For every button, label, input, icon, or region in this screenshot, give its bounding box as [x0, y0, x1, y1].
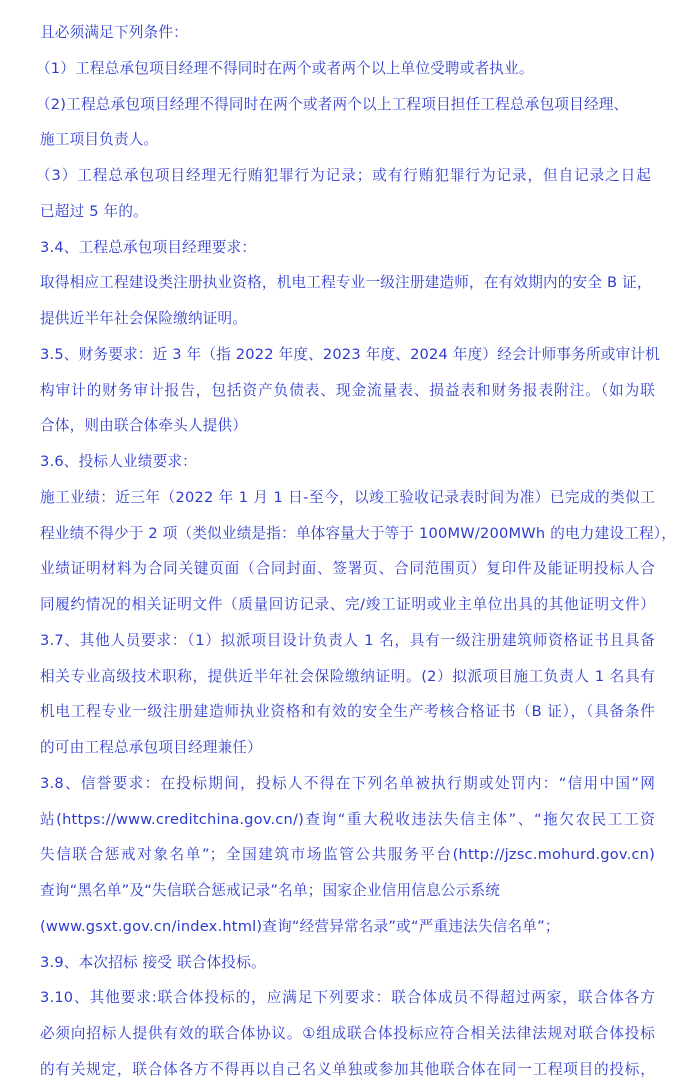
paragraph-line: （1）工程总承包项目经理不得同时在两个或者两个以上单位受聘或者执业。: [36, 54, 660, 90]
paragraph-line: 站(https://www.creditchina.gov.cn/)查询“重大税…: [40, 805, 655, 841]
section-heading-3-9: 3.9、本次招标 接受 联合体投标。: [40, 948, 660, 984]
section-heading-3-10: 3.10、其他要求:联合体投标的，应满足下列要求：联合体成员不得超过两家，联合体…: [40, 983, 655, 1019]
section-heading-3-4: 3.4、工程总承包项目经理要求：: [40, 233, 660, 269]
paragraph-line: 必须向招标人提供有效的联合体协议。①组成联合体投标应符合相关法律法规对联合体投标: [40, 1019, 655, 1055]
paragraph-line: 构审计的财务审计报告，包括资产负债表、现金流量表、损益表和财务报表附注。（如为联: [40, 376, 655, 412]
section-heading-3-8: 3.8、信誉要求：在投标期间，投标人不得在下列名单被执行期或处罚内：“信用中国”…: [40, 769, 655, 805]
paragraph-line: (www.gsxt.gov.cn/index.html)查询“经营异常名录”或“…: [40, 912, 660, 948]
section-heading-3-5: 3.5、财务要求：近 3 年（指 2022 年度、2023 年度、2024 年度…: [40, 340, 655, 376]
paragraph-line: 业绩证明材料为合同关键页面（合同封面、签署页、合同范围页）复印件及能证明投标人合: [40, 554, 655, 590]
paragraph-line: 施工项目负责人。: [40, 125, 660, 161]
document-body: 且必须满足下列条件： （1）工程总承包项目经理不得同时在两个或者两个以上单位受聘…: [40, 18, 660, 1086]
paragraph-line: 程业绩不得少于 2 项（类似业绩是指：单体容量大于等于 100MW/200MWh…: [40, 519, 655, 555]
paragraph-line: 失信联合惩戒对象名单”；全国建筑市场监管公共服务平台(http://jzsc.m…: [40, 840, 655, 876]
paragraph-line: 同履约情况的相关证明文件（质量回访记录、完/竣工证明或业主单位出具的其他证明文件…: [40, 590, 655, 626]
section-heading-3-7: 3.7、其他人员要求：（1）拟派项目设计负责人 1 名，具有一级注册建筑师资格证…: [40, 626, 655, 662]
paragraph-line: 的有关规定，联合体各方不得再以自己名义单独或参加其他联合体在同一工程项目的投标，: [40, 1055, 655, 1086]
paragraph-line: 且必须满足下列条件：: [40, 18, 660, 54]
paragraph-line: （3）工程总承包项目经理无行贿犯罪行为记录；或有行贿犯罪行为记录，但自记录之日起: [36, 161, 651, 197]
paragraph-line: 提供近半年社会保险缴纳证明。: [40, 304, 660, 340]
paragraph-line: （2)工程总承包项目经理不得同时在两个或者两个以上工程项目担任工程总承包项目经理…: [36, 90, 660, 126]
paragraph-line: 相关专业高级技术职称，提供近半年社会保险缴纳证明。(2）拟派项目施工负责人 1 …: [40, 662, 655, 698]
paragraph-line: 查询“黑名单”及“失信联合惩戒记录”名单；国家企业信用信息公示系统: [40, 876, 660, 912]
paragraph-line: 取得相应工程建设类注册执业资格，机电工程专业一级注册建造师，在有效期内的安全 B…: [40, 268, 660, 304]
paragraph-line: 施工业绩：近三年（2022 年 1 月 1 日-至今，以竣工验收记录表时间为准）…: [40, 483, 655, 519]
section-heading-3-6: 3.6、投标人业绩要求：: [40, 447, 660, 483]
paragraph-line: 的可由工程总承包项目经理兼任）: [40, 733, 660, 769]
paragraph-line: 机电工程专业一级注册建造师执业资格和有效的安全生产考核合格证书（B 证），（具备…: [40, 697, 655, 733]
paragraph-line: 合体，则由联合体牵头人提供）: [40, 411, 660, 447]
paragraph-line: 已超过 5 年的。: [40, 197, 660, 233]
